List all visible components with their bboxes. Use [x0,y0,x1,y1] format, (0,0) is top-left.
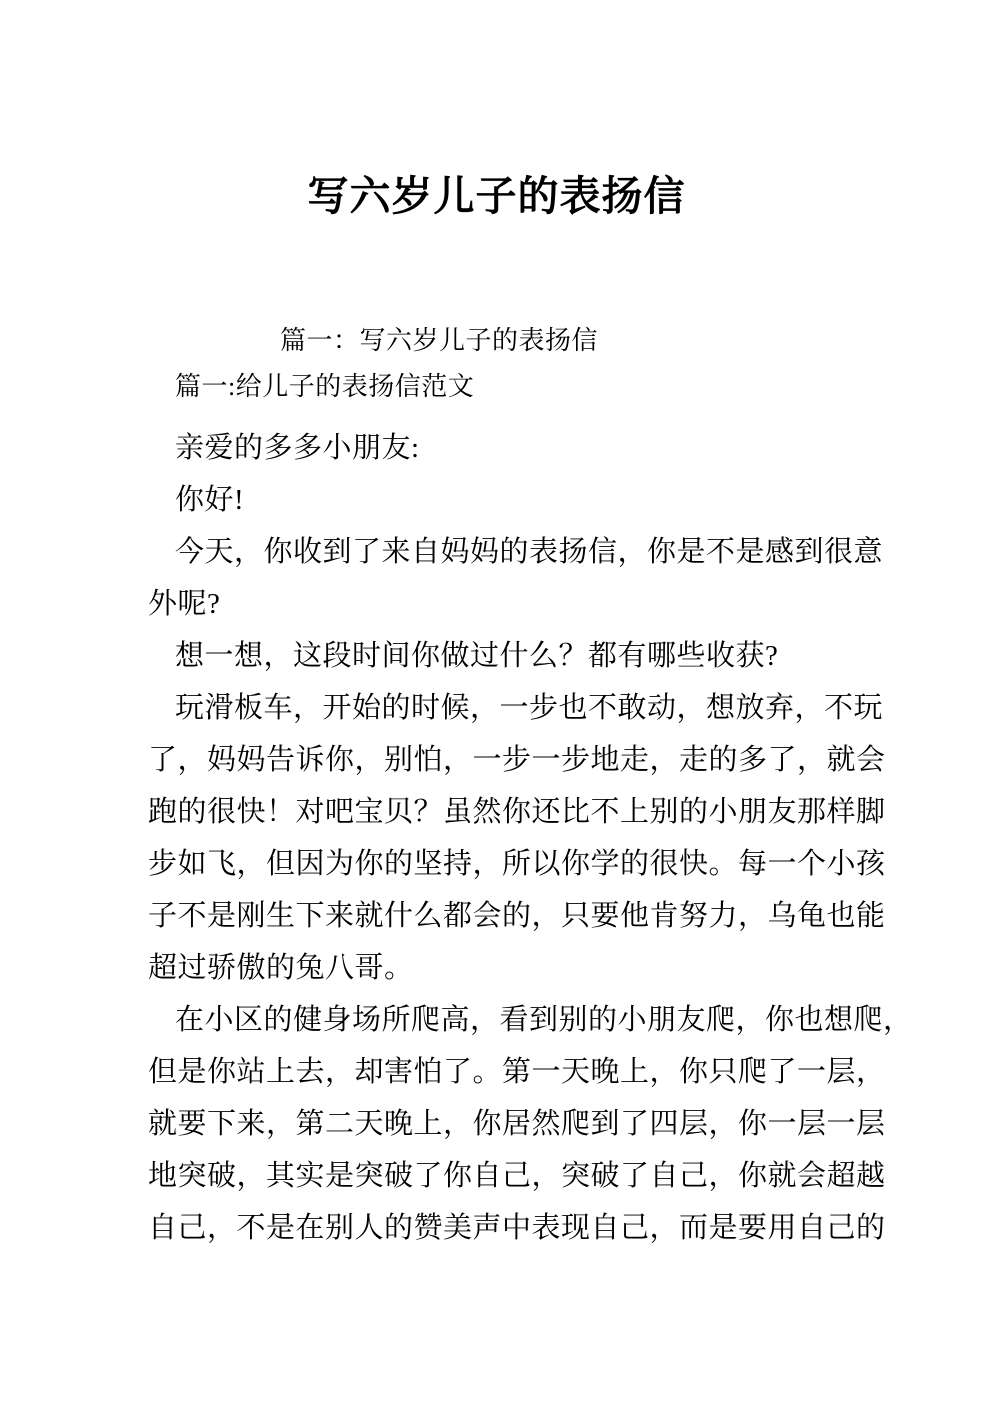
text-line: 亲爱的多多小朋友: [148,422,888,474]
text-line: 今天，你收到了来自妈妈的表扬信，你是不是感到很意 [148,526,888,578]
text-line: 外呢? [148,578,888,630]
text-line: 在小区的健身场所爬高，看到别的小朋友爬，你也想爬， [148,994,888,1046]
text-line: 就要下来，第二天晚上，你居然爬到了四层，你一层一层 [148,1098,888,1150]
document-title: 写六岁儿子的表扬信 [0,172,993,220]
text-line: 超过骄傲的兔八哥。 [148,942,888,994]
text-line: 了，妈妈告诉你，别怕，一步一步地走，走的多了，就会 [148,734,888,786]
text-line: 你好! [148,474,888,526]
text-line: 跑的很快！对吧宝贝？虽然你还比不上别的小朋友那样脚 [148,786,888,838]
paragraph: 你好! [148,474,888,526]
sub-heading: 篇一:给儿子的表扬信范文 [148,372,888,402]
paragraph: 今天，你收到了来自妈妈的表扬信，你是不是感到很意外呢? [148,526,888,630]
text-line: 玩滑板车，开始的时候，一步也不敢动，想放弃，不玩 [148,682,888,734]
text-line: 地突破，其实是突破了你自己，突破了自己，你就会超越 [148,1150,888,1202]
paragraph: 玩滑板车，开始的时候，一步也不敢动，想放弃，不玩了，妈妈告诉你，别怕，一步一步地… [148,682,888,994]
text-line: 自己，不是在别人的赞美声中表现自己，而是要用自己的 [148,1202,888,1254]
document-body: 亲爱的多多小朋友:你好!今天，你收到了来自妈妈的表扬信，你是不是感到很意外呢?想… [148,422,888,1254]
text-line: 子不是刚生下来就什么都会的，只要他肯努力，乌龟也能 [148,890,888,942]
section-heading: 篇一：写六岁儿子的表扬信 [280,326,888,356]
paragraph: 在小区的健身场所爬高，看到别的小朋友爬，你也想爬，但是你站上去，却害怕了。第一天… [148,994,888,1254]
paragraph: 想一想，这段时间你做过什么？都有哪些收获? [148,630,888,682]
document-page: 写六岁儿子的表扬信 篇一：写六岁儿子的表扬信 篇一:给儿子的表扬信范文 亲爱的多… [0,0,993,1404]
text-line: 但是你站上去，却害怕了。第一天晚上，你只爬了一层， [148,1046,888,1098]
text-line: 想一想，这段时间你做过什么？都有哪些收获? [148,630,888,682]
text-line: 步如飞，但因为你的坚持，所以你学的很快。每一个小孩 [148,838,888,890]
paragraph: 亲爱的多多小朋友: [148,422,888,474]
